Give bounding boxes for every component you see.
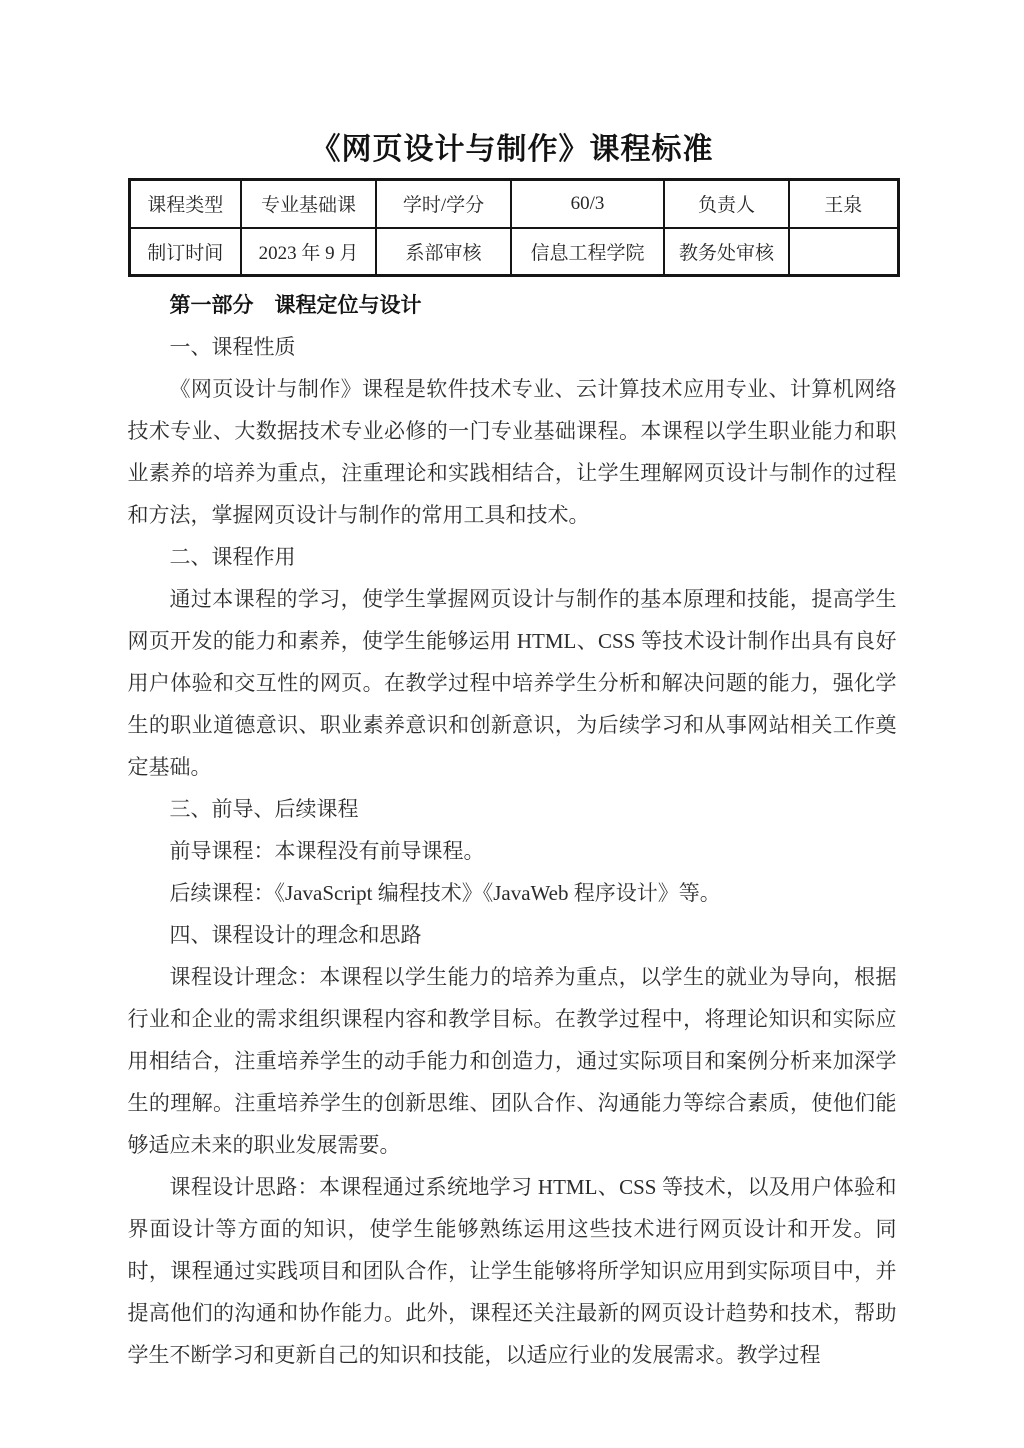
table-row: 制订时间 2023 年 9 月 系部审核 信息工程学院 教务处审核	[129, 228, 898, 276]
document-content: 《网页设计与制作》课程标准 课程类型 专业基础课 学时/学分 60/3 负责人 …	[128, 0, 897, 1376]
table-cell-office-review-value	[789, 228, 898, 276]
paragraph: 前导课程：本课程没有前导课程。	[128, 830, 897, 872]
table-cell-hours-credits-value: 60/3	[511, 180, 664, 228]
section-heading: 第一部分 课程定位与设计	[128, 284, 897, 326]
document-page: 《网页设计与制作》课程标准 课程类型 专业基础课 学时/学分 60/3 负责人 …	[0, 0, 1024, 1448]
table-cell-leader-value: 王泉	[789, 180, 898, 228]
table-cell-hours-credits-label: 学时/学分	[376, 180, 511, 228]
table-cell-leader-label: 负责人	[664, 180, 789, 228]
paragraph: 《网页设计与制作》课程是软件技术专业、云计算技术应用专业、计算机网络技术专业、大…	[128, 368, 897, 536]
paragraph: 通过本课程的学习，使学生掌握网页设计与制作的基本原理和技能，提高学生网页开发的能…	[128, 578, 897, 788]
paragraph: 课程设计理念：本课程以学生能力的培养为重点，以学生的就业为导向，根据行业和企业的…	[128, 956, 897, 1166]
table-cell-dept-review-value: 信息工程学院	[511, 228, 664, 276]
paragraph: 课程设计思路：本课程通过系统地学习 HTML、CSS 等技术，以及用户体验和界面…	[128, 1166, 897, 1376]
table-cell-office-review-label: 教务处审核	[664, 228, 789, 276]
table-cell-course-type-value: 专业基础课	[241, 180, 376, 228]
table-cell-dept-review-label: 系部审核	[376, 228, 511, 276]
table-cell-course-type-label: 课程类型	[129, 180, 241, 228]
sub-heading-1: 一、课程性质	[128, 326, 897, 368]
table-cell-date-label: 制订时间	[129, 228, 241, 276]
paragraph: 后续课程：《JavaScript 编程技术》《JavaWeb 程序设计》等。	[128, 872, 897, 914]
sub-heading-4: 四、课程设计的理念和思路	[128, 914, 897, 956]
sub-heading-2: 二、课程作用	[128, 536, 897, 578]
document-body: 第一部分 课程定位与设计 一、课程性质 《网页设计与制作》课程是软件技术专业、云…	[128, 284, 897, 1376]
table-cell-date-value: 2023 年 9 月	[241, 228, 376, 276]
table-row: 课程类型 专业基础课 学时/学分 60/3 负责人 王泉	[129, 180, 898, 228]
sub-heading-3: 三、前导、后续课程	[128, 788, 897, 830]
course-info-table: 课程类型 专业基础课 学时/学分 60/3 负责人 王泉 制订时间 2023 年…	[128, 178, 900, 277]
document-title: 《网页设计与制作》课程标准	[128, 131, 897, 169]
